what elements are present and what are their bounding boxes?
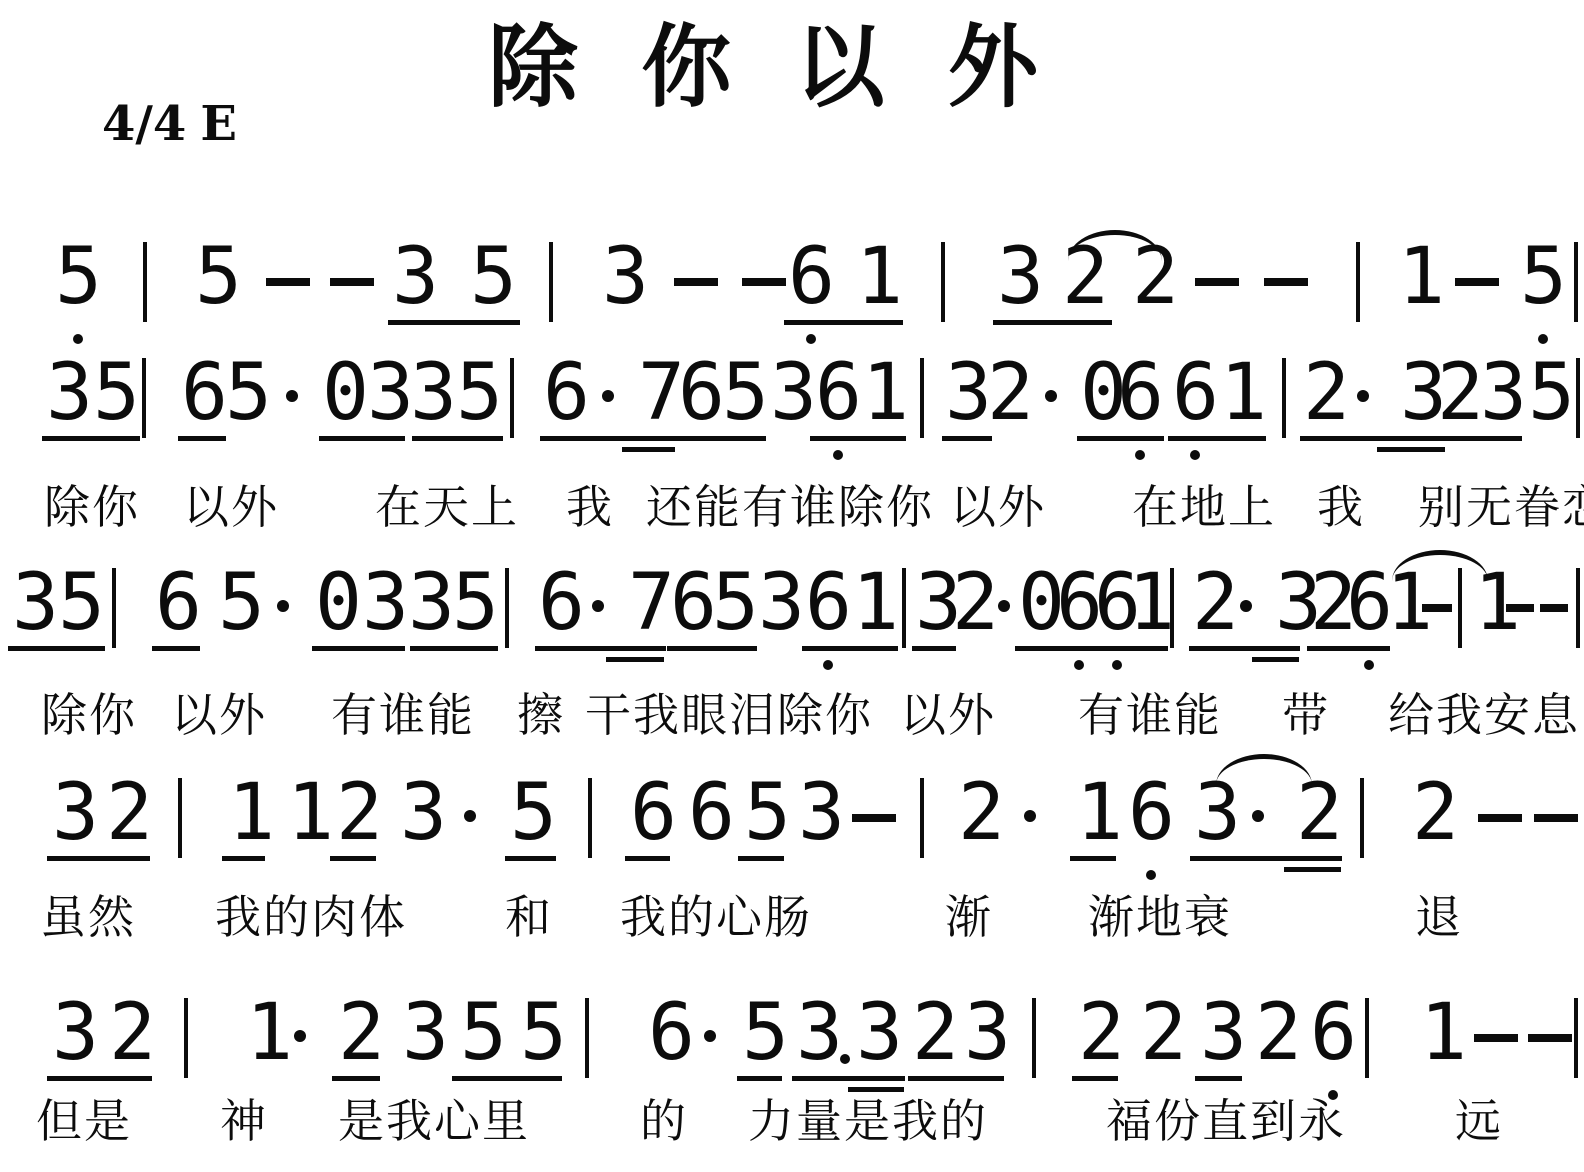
beam [1091,646,1168,651]
beam [993,320,1112,325]
beam [667,646,757,651]
note-token: 1 [856,238,903,316]
duration-dot [704,1030,716,1042]
note-token: 6 [630,774,677,852]
duration-dot [286,390,298,402]
note-token: 2 [109,994,156,1072]
note-token: 5 [742,994,789,1072]
tie-arc [1392,550,1488,581]
dash-token [674,278,718,286]
note-token: 2 [106,774,153,852]
note-token: 5 [722,354,769,432]
note-token: 5 [520,994,567,1072]
double-beam [622,447,675,452]
beam [1168,436,1266,441]
duration-dot [277,600,289,612]
note-token: 3 [410,354,457,432]
rest-token: 0 [315,564,362,642]
note-token: 6 [1128,774,1175,852]
note-token: 5 [93,354,140,432]
note-token: 3 [367,354,414,432]
duration-dot [1252,810,1264,822]
note-token: 6 [1172,354,1219,432]
note-token: 2 [958,774,1005,852]
beam [412,436,503,441]
note-token: 1 [1398,238,1445,316]
note-token: 5 [510,774,557,852]
lyric-word: 别无眷恋 [1418,478,1584,538]
lyric-word: 福份直到永 [1106,1092,1346,1152]
octave-dot [833,450,843,460]
note-token: 5 [452,564,499,642]
barline [941,242,945,322]
beam [410,646,498,651]
lyrics-line: 除你以外在天上我还能有谁除你以外在地上我别无眷恋 [0,478,1584,540]
beam [802,646,898,651]
note-token: 2 [1437,354,1484,432]
note-token: 6 [1310,994,1357,1072]
score-line: 32112356653216322 [0,788,1584,900]
barline [184,998,188,1078]
note-token: 5 [1520,238,1567,316]
lyric-word: 我 [1317,478,1365,538]
note-token: 3 [1200,994,1247,1072]
note-token: 1 [287,774,334,852]
octave-dot [73,334,83,344]
beam [1189,646,1300,651]
note-token: 3 [52,774,99,852]
note-token: 6 [678,354,725,432]
double-beam [1284,867,1341,872]
note-token: 5 [225,354,272,432]
dash-token [1506,604,1534,612]
note-token: 1 [862,354,909,432]
note-token: 3 [400,774,447,852]
beam [1190,856,1342,861]
lyric-word: 我 [566,478,614,538]
beam [47,856,150,861]
note-token: 6 [815,354,862,432]
note-token: 6 [648,994,695,1072]
note-token: 1 [852,564,899,642]
lyric-word: 是我心里 [338,1092,530,1152]
barline [112,568,116,648]
barline [1282,358,1286,438]
note-token: 6 [181,354,228,432]
note-token: 3 [12,564,59,642]
lyric-word: 的 [640,1092,688,1152]
octave-dot [1364,660,1374,670]
duration-dot [294,1030,306,1042]
beam [1015,646,1103,651]
duration-dot [602,390,614,402]
duration-dot [592,600,604,612]
song-title: 除 你 以 外 [488,22,1054,112]
lyric-word: 有谁能 [1078,686,1222,746]
note-token: 2 [1078,994,1125,1072]
note-token: 5 [470,238,517,316]
barline [920,358,924,438]
barline [1356,242,1360,322]
note-token: 1 [228,774,275,852]
note-token: 3 [1194,774,1241,852]
lyric-word: 虽然 [40,888,136,948]
note-token: 5 [712,564,759,642]
note-token: 3 [402,994,449,1072]
duration-dot [1045,390,1057,402]
beam [792,1076,905,1081]
key-signature: E [200,96,237,152]
barline [920,778,924,858]
lyric-word: 退 [1415,888,1463,948]
rest-token: 0 [322,354,369,432]
lyric-word: 带 [1282,686,1330,746]
beam [535,646,666,651]
beam [332,1076,380,1081]
note-token: 3 [945,354,992,432]
lyric-word: 以外 [183,478,279,538]
note-token: 7 [628,564,675,642]
barline [549,242,553,322]
duration-dot [1240,600,1252,612]
note-token: 6 [1117,354,1164,432]
duration-dot [1024,810,1036,822]
note-token: 5 [55,238,102,316]
dash-token [266,278,310,286]
beam [908,1076,1004,1081]
dash-token [330,278,374,286]
note-token: 3 [1480,354,1527,432]
note-token: 2 [1140,994,1187,1072]
lyric-word: 力量是我的 [748,1092,988,1152]
note-token: 1 [1076,774,1123,852]
note-token: 1 [1420,994,1467,1072]
lyric-word: 还能有谁除你 [646,478,934,538]
beam [942,436,992,441]
lyrics-line: 但是神是我心里的力量是我的福份直到永远 [0,1092,1584,1154]
barline [1365,998,1369,1078]
note-token: 5 [744,774,791,852]
octave-dot [1146,870,1156,880]
beam [47,1076,152,1081]
lyric-word: 除你 [44,478,140,538]
octave-dot [1190,450,1200,460]
octave-dot [806,334,816,344]
beam [540,436,676,441]
note-token: 2 [1192,564,1239,642]
double-beam [606,657,664,662]
note-token: 3 [796,994,843,1072]
note-token: 3 [602,238,649,316]
barline [1360,778,1364,858]
octave-dot [1074,660,1084,670]
lyric-word: 神 [220,1092,268,1152]
dash-token [1528,1034,1572,1042]
beam [1300,436,1446,441]
beam [1195,1076,1242,1081]
beam [1307,646,1390,651]
beam [738,856,784,861]
note-token: 6 [543,354,590,432]
beam [452,1076,562,1081]
octave-dot [823,660,833,670]
lyric-word: 渐 [945,888,993,948]
beam [42,436,140,441]
barline [510,358,514,438]
beam [625,856,670,861]
lyric-word: 和 [505,888,553,948]
note-token: 2 [912,994,959,1072]
tie-arc [1216,754,1312,785]
dash-token [1422,604,1452,612]
lyric-word: 干我眼泪除你 [585,686,873,746]
barline [1576,358,1580,438]
note-token: 2 [1296,774,1343,852]
lyric-word: 给我安息 [1388,686,1580,746]
note-token: 6 [788,238,835,316]
lyric-word: 除你 [41,686,137,746]
dash-token [1540,604,1568,612]
beam [319,436,405,441]
barline [505,568,509,648]
beam [1077,436,1164,441]
beam [178,436,226,441]
note-token: 5 [218,564,265,642]
note-token: 2 [952,564,999,642]
beam [737,1076,782,1081]
barline [1574,998,1578,1078]
note-token: 2 [1303,354,1350,432]
lyrics-line: 虽然我的肉体和我的心肠渐渐地衰退 [0,888,1584,950]
note-token: 1 [246,994,293,1072]
low-duration-dot [840,1054,850,1064]
beam [784,320,903,325]
time-signature: 4/4 [102,96,186,152]
note-token: 2 [338,994,385,1072]
sheet-music-page: 除 你 以 外 4/4E 553536132215356503356765361… [0,0,1584,1172]
beam [675,436,766,441]
note-token: 5 [456,354,503,432]
note-token: 1 [1220,354,1267,432]
beam [8,646,105,651]
note-token: 6 [805,564,852,642]
note-token: 3 [798,774,845,852]
octave-dot [1538,334,1548,344]
double-beam [1377,447,1445,452]
note-token: 3 [964,994,1011,1072]
lyric-word: 我的心肠 [620,888,812,948]
note-token: 2 [987,354,1034,432]
barline [178,778,182,858]
note-token: 3 [46,354,93,432]
lyric-word: 在地上 [1132,478,1276,538]
note-token: 3 [770,354,817,432]
dash-token [1474,1034,1518,1042]
note-token: 5 [58,564,105,642]
double-beam [1252,657,1299,662]
beam [312,646,405,651]
dash-token [1264,278,1308,286]
beam [505,856,556,861]
lyric-word: 我的肉体 [215,888,407,948]
barline [1032,998,1036,1078]
note-token: 2 [1412,774,1459,852]
note-token: 5 [195,238,242,316]
note-token: 3 [362,564,409,642]
dash-token [1478,814,1522,822]
score-line: 35650335676536132066123235 [0,368,1584,480]
note-token: 3 [856,994,903,1072]
barline [1574,242,1578,322]
lyrics-line: 除你以外有谁能擦干我眼泪除你以外有谁能带给我安息 [0,686,1584,748]
beam [222,856,265,861]
lyric-word: 以外 [900,686,996,746]
note-token: 3 [52,994,99,1072]
lyric-word: 以外 [950,478,1046,538]
octave-dot [1112,660,1122,670]
barline [585,998,589,1078]
note-token: 6 [670,564,717,642]
duration-dot [464,810,476,822]
beam [912,646,956,651]
barline [1576,568,1580,648]
note-token: 2 [336,774,383,852]
note-token: 5 [460,994,507,1072]
note-token: 3 [408,564,455,642]
beam [1433,436,1522,441]
lyric-word: 以外 [171,686,267,746]
dash-token [852,814,896,822]
note-token: 3 [392,238,439,316]
dash-token [1455,278,1499,286]
beam [330,856,376,861]
note-token: 6 [688,774,735,852]
lyric-word: 渐地衰 [1088,888,1232,948]
lyric-word: 远 [1455,1092,1503,1152]
lyric-word: 有谁能 [331,686,475,746]
lyric-word: 擦 [517,686,565,746]
note-token: 2 [1255,994,1302,1072]
barline [1170,568,1174,648]
beam [152,646,200,651]
barline [143,242,147,322]
note-token: 1 [1128,564,1175,642]
barline [588,778,592,858]
note-token: 3 [997,238,1044,316]
dash-token [1195,278,1239,286]
beam [1070,856,1116,861]
duration-dot [1357,390,1369,402]
octave-dot [1135,450,1145,460]
note-token: 6 [155,564,202,642]
duration-dot [998,600,1010,612]
barline [902,568,906,648]
lyric-word: 但是 [36,1092,132,1152]
beam [810,436,906,441]
dash-token [742,278,786,286]
score-line: 356503356765361320661232611 [0,578,1584,690]
time-key-signature: 4/4E [102,100,237,148]
beam [388,320,520,325]
lyric-word: 在天上 [375,478,519,538]
note-token: 6 [538,564,585,642]
note-token: 3 [758,564,805,642]
dash-token [1534,814,1578,822]
barline [142,358,146,438]
beam [1072,1076,1118,1081]
note-token: 5 [1528,354,1575,432]
